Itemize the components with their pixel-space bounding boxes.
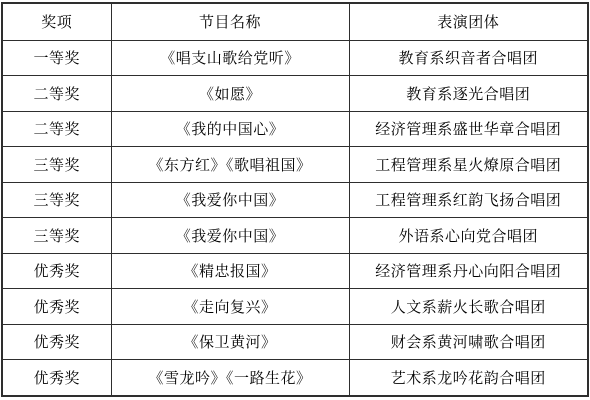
group-cell: 工程管理系红韵飞扬合唱团	[349, 182, 588, 218]
awards-table: 奖项 节目名称 表演团体 一等奖 《唱支山歌给党听》 教育系织音者合唱团 二等奖…	[1, 2, 589, 397]
program-cell: 《我的中国心》	[111, 111, 349, 147]
group-cell: 经济管理系丹心向阳合唱团	[349, 253, 588, 289]
program-cell: 《东方红》《歌唱祖国》	[111, 147, 349, 183]
award-cell: 二等奖	[2, 76, 111, 112]
award-cell: 优秀奖	[2, 360, 111, 396]
program-cell: 《如愿》	[111, 76, 349, 112]
table-row: 一等奖 《唱支山歌给党听》 教育系织音者合唱团	[2, 40, 588, 76]
program-cell: 《雪龙吟》《一路生花》	[111, 360, 349, 396]
award-cell: 三等奖	[2, 182, 111, 218]
program-cell: 《我爱你中国》	[111, 182, 349, 218]
program-cell: 《保卫黄河》	[111, 324, 349, 360]
group-cell: 人文系薪火长歌合唱团	[349, 289, 588, 325]
table-row: 二等奖 《我的中国心》 经济管理系盛世华章合唱团	[2, 111, 588, 147]
program-cell: 《唱支山歌给党听》	[111, 40, 349, 76]
table-row: 优秀奖 《雪龙吟》《一路生花》 艺术系龙吟花韵合唱团	[2, 360, 588, 396]
table-row: 三等奖 《我爱你中国》 工程管理系红韵飞扬合唱团	[2, 182, 588, 218]
column-header-award: 奖项	[2, 3, 111, 40]
group-cell: 教育系逐光合唱团	[349, 76, 588, 112]
column-header-group: 表演团体	[349, 3, 588, 40]
program-cell: 《精忠报国》	[111, 253, 349, 289]
table-row: 优秀奖 《走向复兴》 人文系薪火长歌合唱团	[2, 289, 588, 325]
group-cell: 教育系织音者合唱团	[349, 40, 588, 76]
program-cell: 《走向复兴》	[111, 289, 349, 325]
award-cell: 三等奖	[2, 147, 111, 183]
table-row: 优秀奖 《保卫黄河》 财会系黄河啸歌合唱团	[2, 324, 588, 360]
group-cell: 经济管理系盛世华章合唱团	[349, 111, 588, 147]
group-cell: 工程管理系星火燎原合唱团	[349, 147, 588, 183]
award-cell: 优秀奖	[2, 289, 111, 325]
table-row: 优秀奖 《精忠报国》 经济管理系丹心向阳合唱团	[2, 253, 588, 289]
award-cell: 三等奖	[2, 218, 111, 254]
group-cell: 外语系心向党合唱团	[349, 218, 588, 254]
award-cell: 二等奖	[2, 111, 111, 147]
award-cell: 一等奖	[2, 40, 111, 76]
award-cell: 优秀奖	[2, 324, 111, 360]
table-row: 三等奖 《东方红》《歌唱祖国》 工程管理系星火燎原合唱团	[2, 147, 588, 183]
table-row: 二等奖 《如愿》 教育系逐光合唱团	[2, 76, 588, 112]
group-cell: 财会系黄河啸歌合唱团	[349, 324, 588, 360]
table-row: 三等奖 《我爱你中国》 外语系心向党合唱团	[2, 218, 588, 254]
table-header-row: 奖项 节目名称 表演团体	[2, 3, 588, 40]
column-header-program: 节目名称	[111, 3, 349, 40]
group-cell: 艺术系龙吟花韵合唱团	[349, 360, 588, 396]
program-cell: 《我爱你中国》	[111, 218, 349, 254]
award-cell: 优秀奖	[2, 253, 111, 289]
